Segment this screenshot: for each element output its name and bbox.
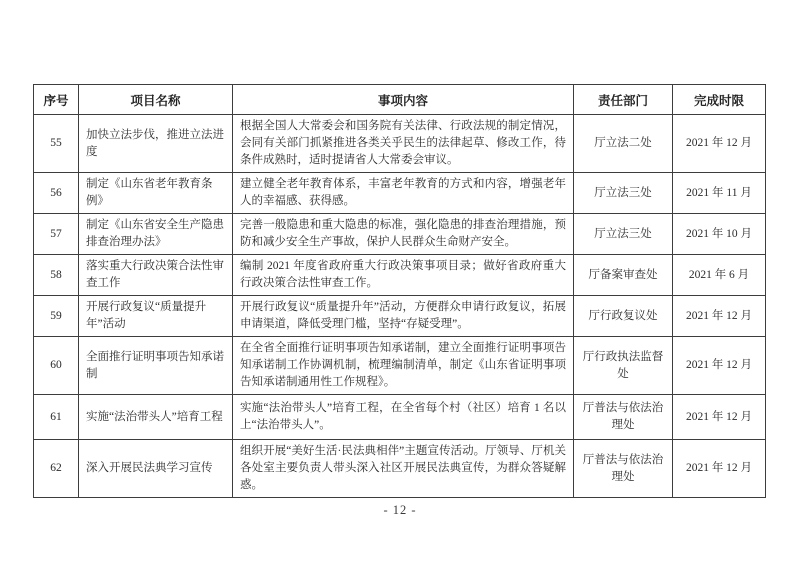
cell-item-content: 根据全国人大常委会和国务院有关法律、行政法规的制定情况，会同有关部门抓紧推进各类… — [233, 115, 574, 173]
header-project-name: 项目名称 — [79, 85, 233, 115]
cell-responsible-department: 厅立法三处 — [574, 214, 673, 255]
header-serial-number: 序号 — [34, 85, 79, 115]
cell-serial-number: 62 — [34, 440, 79, 498]
table-row: 60 全面推行证明事项告知承诺制 在全省全面推行证明事项告知承诺制，建立全面推行… — [34, 337, 766, 395]
cell-responsible-department: 厅行政复议处 — [574, 296, 673, 337]
cell-responsible-department: 厅立法三处 — [574, 173, 673, 214]
cell-item-content: 开展行政复议“质量提升年”活动，方便群众申请行政复议，拓展申请渠道，降低受理门槛… — [233, 296, 574, 337]
cell-item-content: 编制 2021 年度省政府重大行政决策事项目录；做好省政府重大行政决策合法性审查… — [233, 255, 574, 296]
cell-project-name: 实施“法治带头人”培育工程 — [79, 395, 233, 440]
cell-project-name: 制定《山东省老年教育条例》 — [79, 173, 233, 214]
cell-completion-deadline: 2021 年 12 月 — [673, 395, 766, 440]
table-row: 57 制定《山东省安全生产隐患排查治理办法》 完善一般隐患和重大隐患的标准，强化… — [34, 214, 766, 255]
cell-completion-deadline: 2021 年 12 月 — [673, 115, 766, 173]
table-row: 58 落实重大行政决策合法性审查工作 编制 2021 年度省政府重大行政决策事项… — [34, 255, 766, 296]
cell-serial-number: 61 — [34, 395, 79, 440]
cell-serial-number: 59 — [34, 296, 79, 337]
work-plan-table: 序号 项目名称 事项内容 责任部门 完成时限 55 加快立法步伐，推进立法进度 … — [33, 84, 766, 498]
cell-completion-deadline: 2021 年 12 月 — [673, 296, 766, 337]
table-row: 56 制定《山东省老年教育条例》 建立健全老年教育体系，丰富老年教育的方式和内容… — [34, 173, 766, 214]
cell-serial-number: 55 — [34, 115, 79, 173]
cell-project-name: 落实重大行政决策合法性审查工作 — [79, 255, 233, 296]
cell-serial-number: 58 — [34, 255, 79, 296]
document-page: 序号 项目名称 事项内容 责任部门 完成时限 55 加快立法步伐，推进立法进度 … — [0, 0, 800, 565]
cell-responsible-department: 厅备案审查处 — [574, 255, 673, 296]
table-row: 59 开展行政复议“质量提升年”活动 开展行政复议“质量提升年”活动，方便群众申… — [34, 296, 766, 337]
cell-project-name: 全面推行证明事项告知承诺制 — [79, 337, 233, 395]
table-header-row: 序号 项目名称 事项内容 责任部门 完成时限 — [34, 85, 766, 115]
cell-serial-number: 60 — [34, 337, 79, 395]
header-item-content: 事项内容 — [233, 85, 574, 115]
cell-responsible-department: 厅普法与依法治理处 — [574, 440, 673, 498]
cell-project-name: 制定《山东省安全生产隐患排查治理办法》 — [79, 214, 233, 255]
table-row: 55 加快立法步伐，推进立法进度 根据全国人大常委会和国务院有关法律、行政法规的… — [34, 115, 766, 173]
page-number: - 12 - — [0, 503, 800, 518]
cell-completion-deadline: 2021 年 12 月 — [673, 440, 766, 498]
table-row: 61 实施“法治带头人”培育工程 实施“法治带头人”培育工程，在全省每个村（社区… — [34, 395, 766, 440]
cell-item-content: 实施“法治带头人”培育工程，在全省每个村（社区）培育 1 名以上“法治带头人”。 — [233, 395, 574, 440]
header-completion-deadline: 完成时限 — [673, 85, 766, 115]
cell-responsible-department: 厅普法与依法治理处 — [574, 395, 673, 440]
cell-responsible-department: 厅行政执法监督处 — [574, 337, 673, 395]
cell-item-content: 组织开展“美好生活·民法典相伴”主题宣传活动。厅领导、厅机关各处室主要负责人带头… — [233, 440, 574, 498]
cell-serial-number: 56 — [34, 173, 79, 214]
cell-item-content: 在全省全面推行证明事项告知承诺制，建立全面推行证明事项告知承诺制工作协调机制，梳… — [233, 337, 574, 395]
cell-item-content: 完善一般隐患和重大隐患的标准，强化隐患的排查治理措施，预防和减少安全生产事故，保… — [233, 214, 574, 255]
cell-completion-deadline: 2021 年 12 月 — [673, 337, 766, 395]
table-row: 62 深入开展民法典学习宣传 组织开展“美好生活·民法典相伴”主题宣传活动。厅领… — [34, 440, 766, 498]
cell-completion-deadline: 2021 年 11 月 — [673, 173, 766, 214]
header-responsible-department: 责任部门 — [574, 85, 673, 115]
cell-project-name: 开展行政复议“质量提升年”活动 — [79, 296, 233, 337]
cell-project-name: 加快立法步伐，推进立法进度 — [79, 115, 233, 173]
cell-project-name: 深入开展民法典学习宣传 — [79, 440, 233, 498]
cell-completion-deadline: 2021 年 6 月 — [673, 255, 766, 296]
cell-item-content: 建立健全老年教育体系，丰富老年教育的方式和内容，增强老年人的幸福感、获得感。 — [233, 173, 574, 214]
cell-serial-number: 57 — [34, 214, 79, 255]
cell-responsible-department: 厅立法二处 — [574, 115, 673, 173]
cell-completion-deadline: 2021 年 10 月 — [673, 214, 766, 255]
